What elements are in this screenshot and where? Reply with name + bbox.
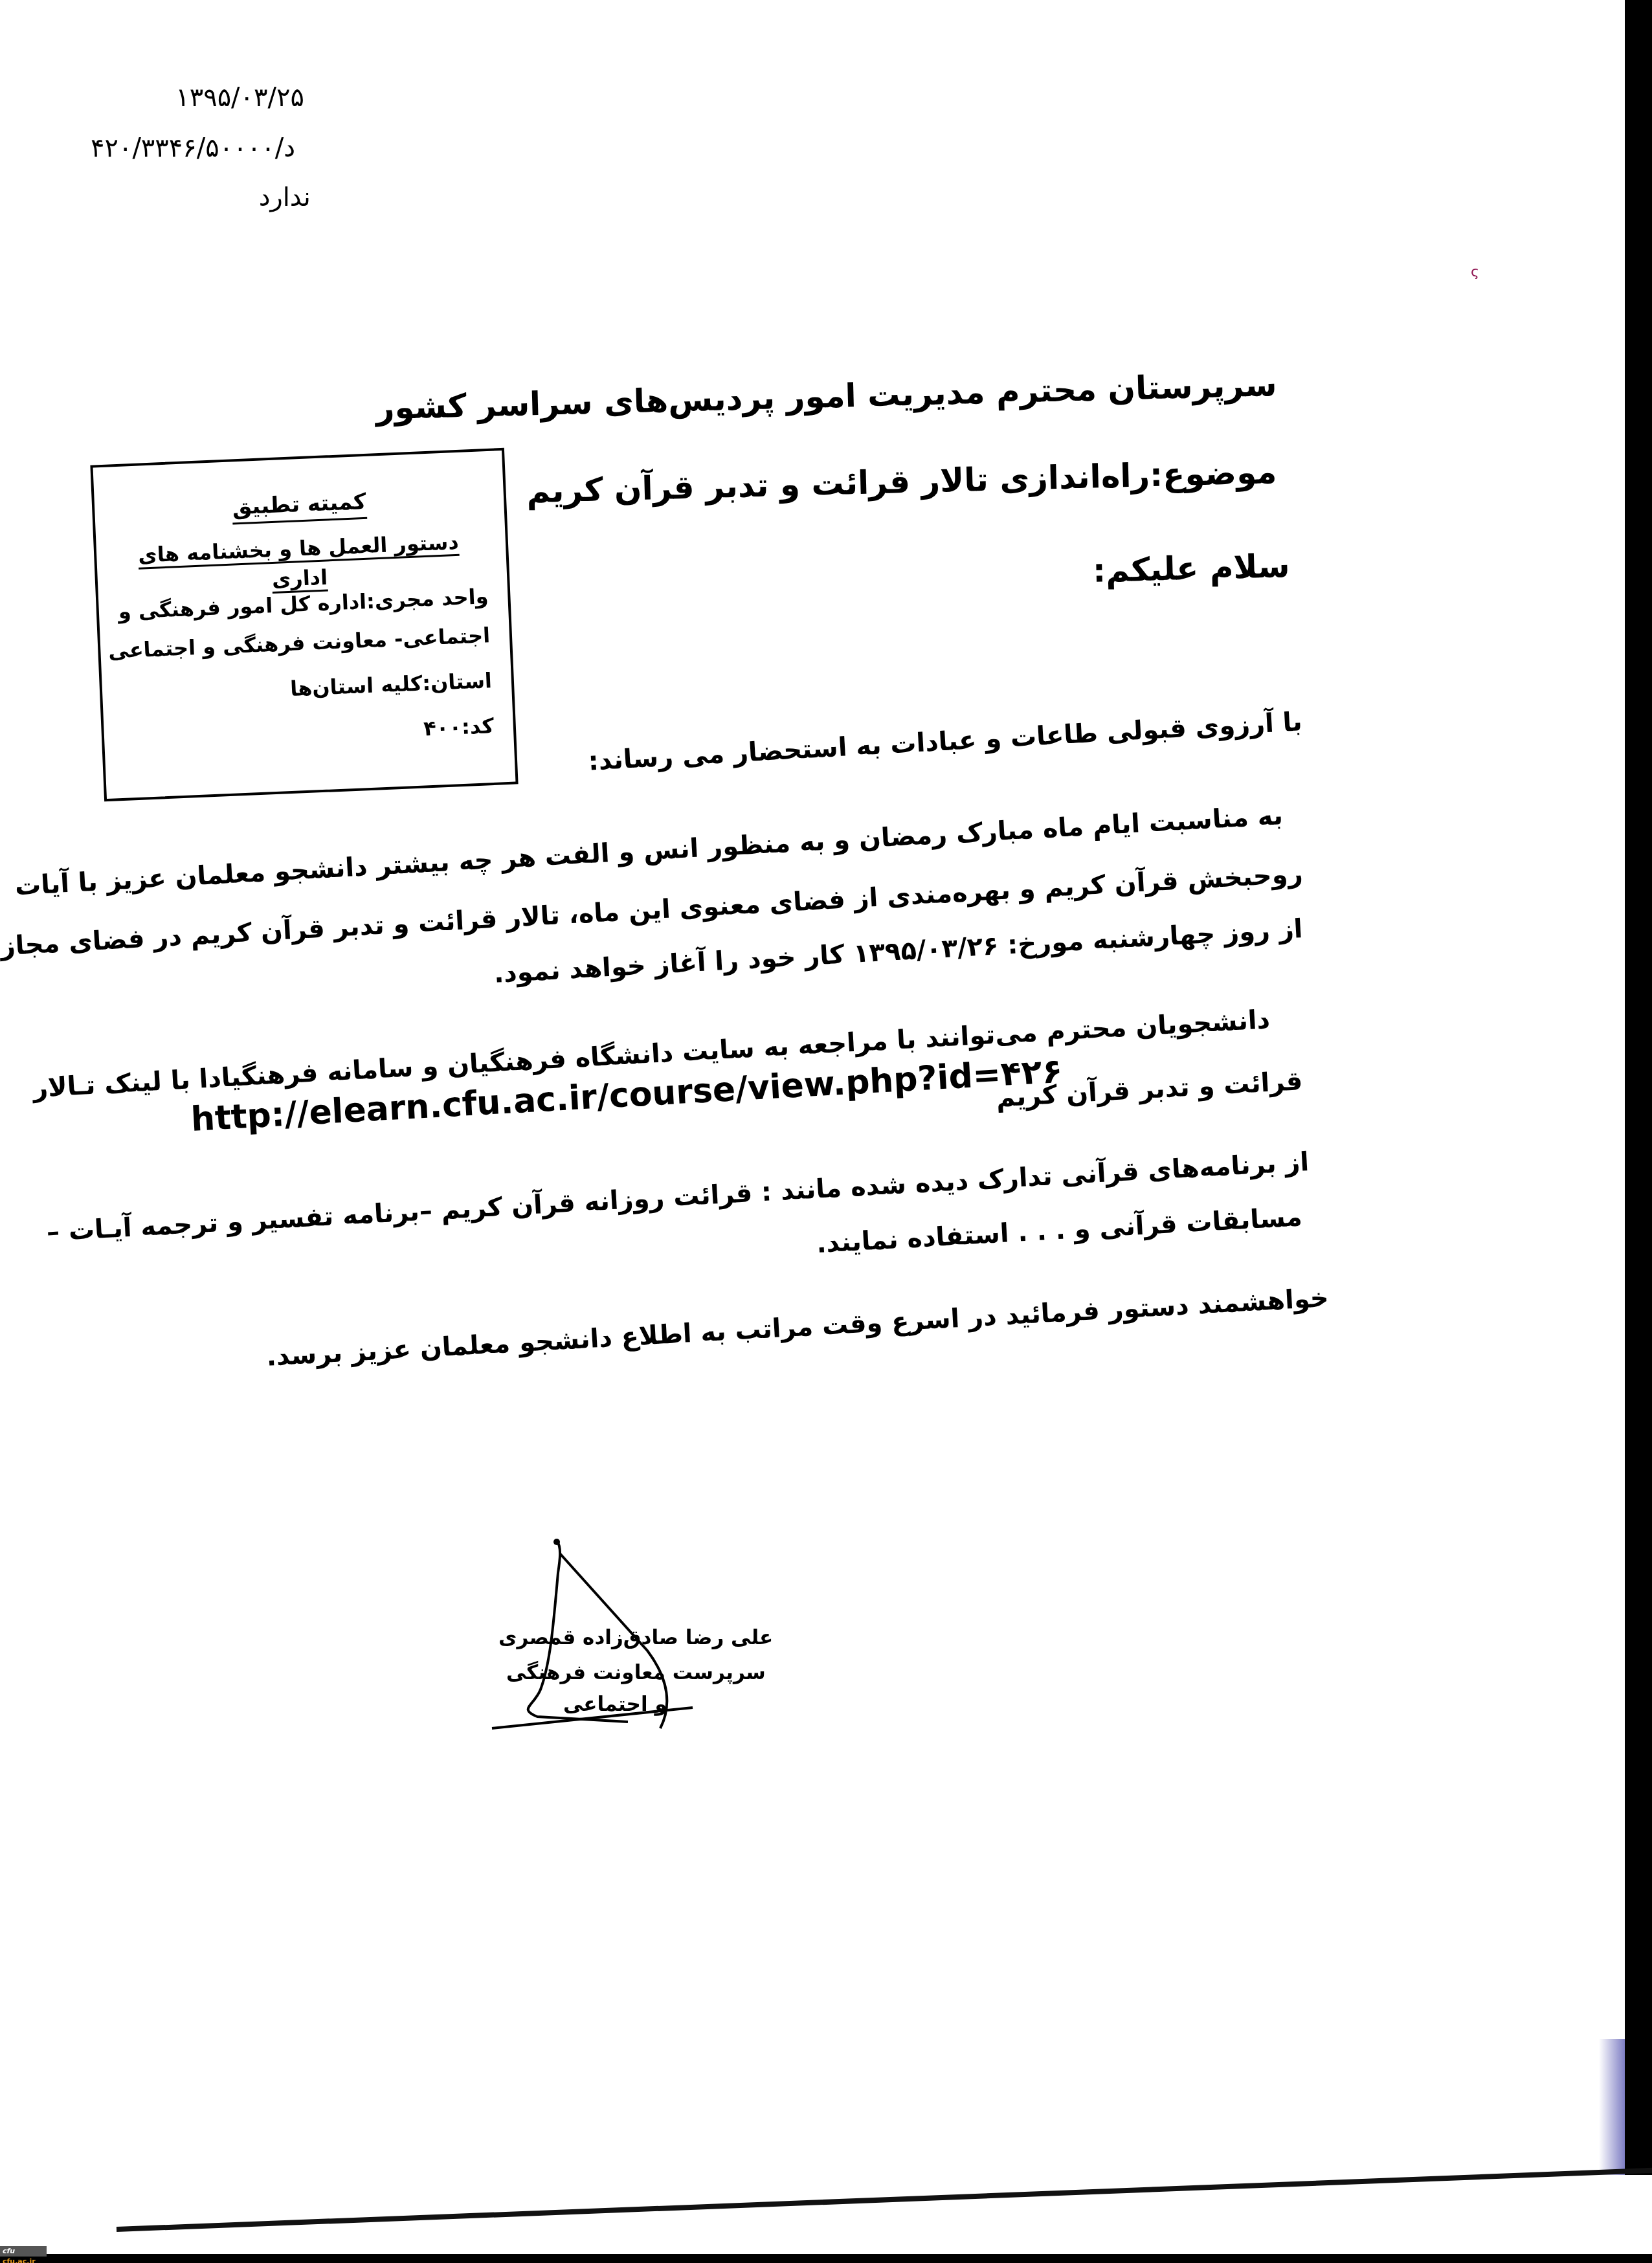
scanned-letter-page: ۱۳۹۵/۰۳/۲۵ ۴۲۰/۳۳۴۶/۵۰۰۰۰/د ندارد ς سرپر… [0, 0, 1652, 2263]
scan-edge-bottom [0, 2254, 1652, 2263]
signatory-title: سرپرست معاونت فرهنگی [506, 1661, 766, 1684]
letter-attachment: ندارد [240, 183, 311, 212]
signatory-name: علی رضا صادق‌زاده قمصری [498, 1626, 773, 1649]
subject-line: موضوع:راه‌اندازی تالار قرائت و تدبر قرآن… [526, 453, 1277, 510]
compliance-stamp-box: کمیته تطبیق دستور العمل ها و بخشنامه های… [90, 448, 518, 801]
scan-edge-shade [1599, 2039, 1625, 2175]
greeting-line: سلام علیکم: [1092, 547, 1290, 590]
paragraph-3-line-1: خواهشمند دستور فرمائید در اسرع وقت مراتب… [265, 1285, 1329, 1370]
letter-date: ۱۳۹۵/۰۳/۲۵ [155, 83, 304, 113]
stamp-title: کمیته تطبیق [95, 483, 504, 526]
scan-page-edge [117, 2168, 1652, 2232]
recipient-line: سرپرستان محترم مدیریت امور پردیس‌های سرا… [375, 366, 1277, 427]
stamp-code: کد:۴۰۰ [423, 713, 495, 741]
stamp-province: استان:کلیه استان‌ها [289, 668, 492, 701]
site-watermark: cfu cfu.ac.ir [0, 2246, 47, 2257]
letter-number: ۴۲۰/۳۳۴۶/۵۰۰۰۰/د [75, 133, 295, 163]
handwritten-mark-icon: ς [1471, 264, 1479, 280]
stamp-unit-line-2: اجتماعی- معاونت فرهنگی و اجتماعی [108, 623, 491, 663]
signatory-title-2: و اجتماعی [563, 1693, 667, 1716]
paragraph-2-line-4: مسابقات قرآنی و . . . استفاده نمایند. [816, 1204, 1304, 1257]
intro-line: با آرزوی قبولی طاعات و عبادات به استحضار… [588, 709, 1303, 775]
scan-edge-right [1625, 0, 1652, 2175]
